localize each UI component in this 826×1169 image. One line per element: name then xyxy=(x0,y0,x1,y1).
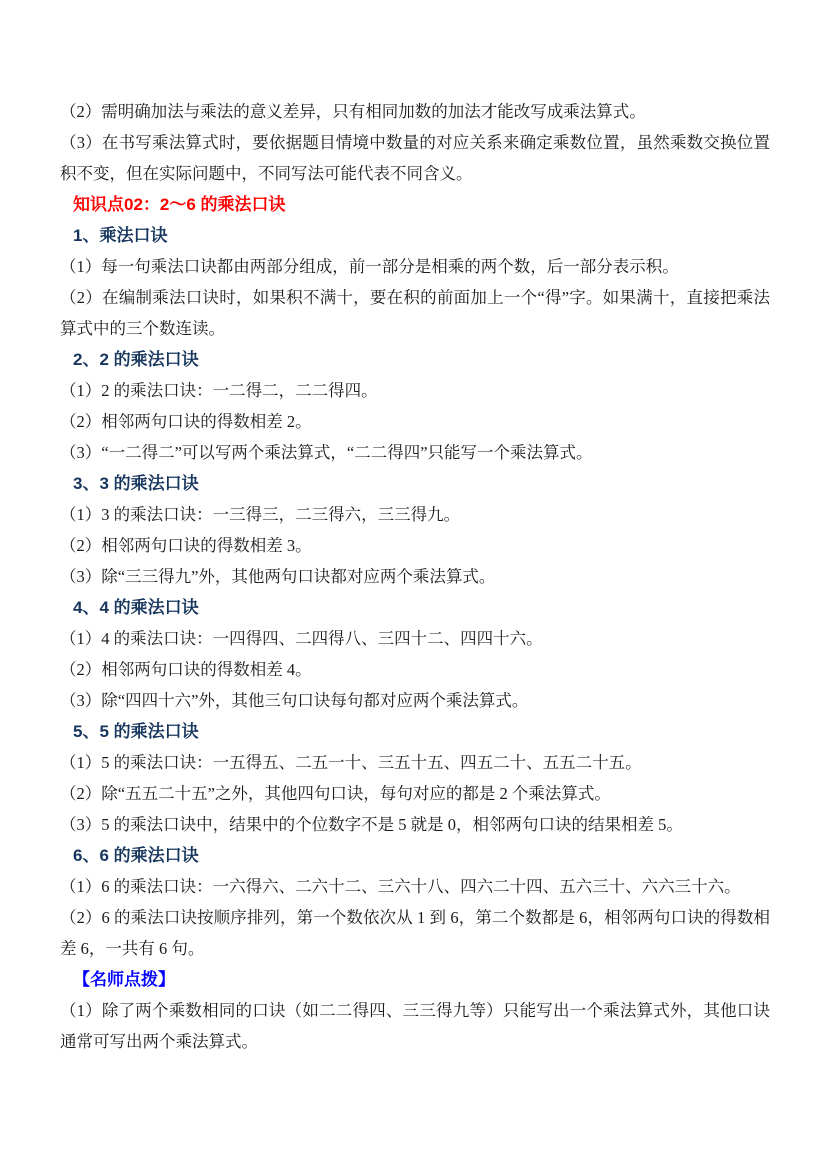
section-title: 1、乘法口诀 xyxy=(60,220,770,251)
section-item: （1）5 的乘法口诀：一五得五、二五一十、三五十五、四五二十、五五二十五。 xyxy=(60,747,770,778)
teacher-tips-heading: 【名师点拨】 xyxy=(60,964,770,995)
section-title: 3、3 的乘法口诀 xyxy=(60,468,770,499)
section-item: （2）相邻两句口诀的得数相差 3。 xyxy=(60,530,770,561)
section-item: （2）相邻两句口诀的得数相差 4。 xyxy=(60,654,770,685)
document-page: （2）需明确加法与乘法的意义差异，只有相同加数的加法才能改写成乘法算式。 （3）… xyxy=(0,0,826,1169)
section-item: （2）在编制乘法口诀时，如果积不满十，要在积的前面加上一个“得”字。如果满十，直… xyxy=(60,282,770,344)
section-item: （3）除“三三得九”外，其他两句口诀都对应两个乘法算式。 xyxy=(60,561,770,592)
section-title: 2、2 的乘法口诀 xyxy=(60,344,770,375)
section-item: （1）3 的乘法口诀：一三得三，二三得六，三三得九。 xyxy=(60,499,770,530)
section-title: 6、6 的乘法口诀 xyxy=(60,840,770,871)
section-item: （2）除“五五二十五”之外，其他四句口诀，每句对应的都是 2 个乘法算式。 xyxy=(60,778,770,809)
section-item: （3）5 的乘法口诀中，结果中的个位数字不是 5 就是 0，相邻两句口诀的结果相… xyxy=(60,809,770,840)
section-item: （3）“一二得二”可以写两个乘法算式，“二二得四”只能写一个乘法算式。 xyxy=(60,437,770,468)
section-item: （3）除“四四十六”外，其他三句口诀每句都对应两个乘法算式。 xyxy=(60,685,770,716)
intro-paragraph: （3）在书写乘法算式时，要依据题目情境中数量的对应关系来确定乘数位置，虽然乘数交… xyxy=(60,127,770,189)
section-title: 4、4 的乘法口诀 xyxy=(60,592,770,623)
section-item: （1）6 的乘法口诀：一六得六、二六十二、三六十八、四六二十四、五六三十、六六三… xyxy=(60,871,770,902)
section-rhymes-of-2: 2、2 的乘法口诀 （1）2 的乘法口诀：一二得二，二二得四。 （2）相邻两句口… xyxy=(60,344,770,468)
teacher-tips-item: （1）除了两个乘数相同的口诀（如二二得四、三三得九等）只能写出一个乘法算式外，其… xyxy=(60,995,770,1057)
section-item: （1）4 的乘法口诀：一四得四、二四得八、三四十二、四四十六。 xyxy=(60,623,770,654)
section-rhymes-of-6: 6、6 的乘法口诀 （1）6 的乘法口诀：一六得六、二六十二、三六十八、四六二十… xyxy=(60,840,770,964)
teacher-tips-section: 【名师点拨】 （1）除了两个乘数相同的口诀（如二二得四、三三得九等）只能写出一个… xyxy=(60,964,770,1057)
section-item: （1）每一句乘法口诀都由两部分组成，前一部分是相乘的两个数，后一部分表示积。 xyxy=(60,251,770,282)
section-item: （2）6 的乘法口诀按顺序排列，第一个数依次从 1 到 6，第二个数都是 6，相… xyxy=(60,902,770,964)
section-item: （1）2 的乘法口诀：一二得二，二二得四。 xyxy=(60,375,770,406)
section-multiplication-rhymes: 1、乘法口诀 （1）每一句乘法口诀都由两部分组成，前一部分是相乘的两个数，后一部… xyxy=(60,220,770,344)
section-title: 5、5 的乘法口诀 xyxy=(60,716,770,747)
section-rhymes-of-4: 4、4 的乘法口诀 （1）4 的乘法口诀：一四得四、二四得八、三四十二、四四十六… xyxy=(60,592,770,716)
topic-heading: 知识点02：2～6 的乘法口诀 xyxy=(60,189,770,220)
section-rhymes-of-3: 3、3 的乘法口诀 （1）3 的乘法口诀：一三得三，二三得六，三三得九。 （2）… xyxy=(60,468,770,592)
intro-paragraph: （2）需明确加法与乘法的意义差异，只有相同加数的加法才能改写成乘法算式。 xyxy=(60,96,770,127)
section-rhymes-of-5: 5、5 的乘法口诀 （1）5 的乘法口诀：一五得五、二五一十、三五十五、四五二十… xyxy=(60,716,770,840)
section-item: （2）相邻两句口诀的得数相差 2。 xyxy=(60,406,770,437)
